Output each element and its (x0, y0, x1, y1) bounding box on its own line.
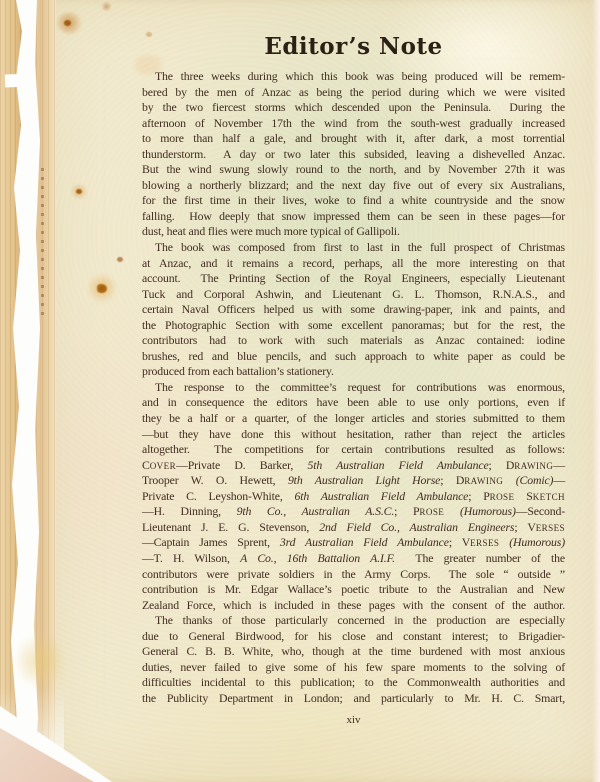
text-run: V (462, 535, 470, 549)
text-line: for the first time in their lives, woke … (142, 193, 565, 209)
text-run: thunderstorm. A day or two later this su… (142, 147, 565, 161)
text-line: to more than half a gale, and brought wi… (142, 131, 565, 147)
text-line: the Photographic Section with some excel… (142, 318, 565, 334)
text-run: (Humorous) (460, 504, 516, 518)
text-line: afternoon of November 17th the wind from… (142, 116, 565, 132)
text-run: altogether. The competitions for certain… (142, 442, 565, 456)
foxing-stain (117, 257, 123, 262)
text-run: —but they have done this without hesitat… (142, 427, 565, 441)
small-caps-run: VERSES (527, 520, 565, 534)
text-run: ERSES (536, 523, 565, 533)
foxing-stain (97, 284, 107, 293)
text-line: contribution is Mr. Edgar Wallace’s poet… (142, 582, 565, 598)
text-line: Lieutenant J. E. G. Stevenson, 2nd Field… (142, 520, 565, 536)
small-caps-run: COVER (142, 458, 176, 472)
text-run: contributors were private soldiers in th… (142, 567, 565, 581)
text-line: Zealand Force, which is included in thes… (142, 598, 565, 614)
text-run: 6th Australian Field Ambulance (295, 489, 469, 503)
text-run: ; (449, 535, 462, 549)
text-line: by the two fiercest storms which descend… (142, 100, 565, 116)
text-run: A Co., 16th Battalion A.I.F. (240, 551, 395, 565)
text-run (503, 473, 515, 487)
text-run: C (142, 458, 150, 472)
text-run: contribution is Mr. Edgar Wallace’s poet… (142, 582, 565, 596)
text-run (444, 504, 460, 518)
text-run: But the wind swung slowly round to the n… (142, 162, 565, 176)
text-line: The book was composed from first to last… (142, 240, 565, 256)
text-line: contributors were private soldiers in th… (142, 567, 565, 583)
foxing-stain (76, 189, 82, 194)
text-run: 5th Australian Field Ambulance (307, 458, 488, 472)
paragraph: The thanks of those particularly concern… (142, 613, 565, 706)
text-run: General C. B. B. White, who, though at t… (142, 644, 565, 658)
text-line: certain Naval Officers helped us with so… (142, 302, 565, 318)
page-number: xiv (142, 714, 565, 726)
text-line: contributors had to work with such mater… (142, 333, 565, 349)
binding-speckles (41, 168, 44, 318)
text-run: difficulties incidental to this publicat… (142, 675, 565, 689)
text-run: —T. H. Wilson, (142, 551, 240, 565)
text-line: and in consequence the editors have been… (142, 395, 565, 411)
scanned-book-page: Editor’s Note The three weeks during whi… (0, 0, 600, 782)
text-line: —but they have done this without hesitat… (142, 427, 565, 443)
text-run: 3rd Australian Field Ambulance (280, 535, 449, 549)
text-line: COVER—Private D. Barker, 5th Australian … (142, 458, 565, 474)
text-run: The thanks of those particularly concern… (155, 613, 565, 627)
text-run: afternoon of November 17th the wind from… (142, 116, 565, 130)
text-line: Private C. Leyshon-White, 6th Australian… (142, 489, 565, 505)
paragraph: The three weeks during which this book w… (142, 69, 565, 240)
text-line: Tuck and Corporal Ashwin, and Lieutenant… (142, 287, 565, 303)
text-run: 9th Co., Australian A.S.C. (237, 504, 395, 518)
small-caps-run: VERSES (462, 535, 500, 549)
text-run: account. The Printing Section of the Roy… (142, 271, 565, 285)
text-line: difficulties incidental to this publicat… (142, 675, 565, 691)
text-run: Trooper W. O. Hewett, (142, 473, 288, 487)
text-run: ; (514, 520, 527, 534)
text-line: altogether. The competitions for certain… (142, 442, 565, 458)
text-run: by the two fiercest storms which descend… (142, 100, 565, 114)
text-run: D (506, 458, 514, 472)
text-run: The greater number of the (395, 551, 565, 565)
text-line: duties, never failed to give some of his… (142, 660, 565, 676)
text-run: and in consequence the editors have been… (142, 395, 565, 409)
text-line: the Publicity Department in London; and … (142, 691, 565, 707)
foxing-stain (16, 630, 64, 692)
foxing-stain (64, 20, 71, 26)
text-run: produced from each battalion’s stationer… (142, 364, 334, 378)
text-run: the Publicity Department in London; and … (142, 691, 565, 705)
text-run: for the first time in their lives, woke … (142, 193, 565, 207)
text-run: Tuck and Corporal Ashwin, and Lieutenant… (142, 287, 565, 301)
text-line: brushes, red and blue pencils, and such … (142, 349, 565, 365)
page-right-edge (592, 0, 600, 782)
text-run: the Photographic Section with some excel… (142, 318, 565, 332)
text-line: account. The Printing Section of the Roy… (142, 271, 565, 287)
text-run: ; (468, 489, 483, 503)
text-line: —T. H. Wilson, A Co., 16th Battalion A.I… (142, 551, 565, 567)
text-run: RAWING (514, 461, 553, 471)
small-caps-run: PROSE SKETCH (483, 489, 565, 503)
text-run: RAWING (464, 476, 503, 486)
text-line: bered by the men of Anzac as being the p… (142, 85, 565, 101)
text-run: ROSE (490, 492, 515, 502)
text-run: ; (394, 504, 413, 518)
text-run: —Second- (516, 504, 565, 518)
text-line: The thanks of those particularly concern… (142, 613, 565, 629)
text-line: falling. How deeply that snow impressed … (142, 209, 565, 225)
text-run: at Anzac, and it remains a record, perha… (142, 256, 565, 270)
foxing-stain (101, 2, 112, 11)
text-run: D (456, 473, 464, 487)
text-run: The three weeks during which this book w… (155, 69, 565, 83)
paragraph: The book was composed from first to last… (142, 240, 565, 380)
text-run: ERSES (470, 538, 499, 548)
text-line: The response to the committee’s request … (142, 380, 565, 396)
binding-notch (5, 74, 32, 88)
small-caps-run: DRAWING (456, 473, 503, 487)
text-line: But the wind swung slowly round to the n… (142, 162, 565, 178)
text-run: to more than half a gale, and brought wi… (142, 131, 565, 145)
text-line: The three weeks during which this book w… (142, 69, 565, 85)
text-line: due to General Birdwood, for his close a… (142, 629, 565, 645)
small-caps-run: DRAWING (506, 458, 553, 472)
text-run: ; (440, 473, 456, 487)
text-run: bered by the men of Anzac as being the p… (142, 85, 565, 99)
page-title: Editor’s Note (142, 34, 565, 60)
text-run (499, 535, 509, 549)
text-run: Private C. Leyshon-White, (142, 489, 295, 503)
text-run: 9th Australian Light Horse (288, 473, 440, 487)
text-run: —H. Dinning, (142, 504, 237, 518)
text-run: (Humorous) (509, 535, 565, 549)
text-run: they be a half or a quarter, of the long… (142, 411, 565, 425)
text-run: V (527, 520, 535, 534)
paragraphs: The three weeks during which this book w… (142, 69, 565, 706)
text-run: (Comic) (516, 473, 554, 487)
text-run: —Captain James Sprent, (142, 535, 280, 549)
text-run: blowing a northerly blizzard; and the ne… (142, 178, 565, 192)
text-run: — (553, 458, 565, 472)
text-run: certain Naval Officers helped us with so… (142, 302, 565, 316)
text-run: — (553, 473, 565, 487)
text-run: due to General Birdwood, for his close a… (142, 629, 565, 643)
text-run: Zealand Force, which is included in thes… (142, 598, 565, 612)
text-run: falling. How deeply that snow impressed … (142, 209, 565, 223)
text-run: dust, heat and flies were much more typi… (142, 224, 400, 238)
text-line: blowing a northerly blizzard; and the ne… (142, 178, 565, 194)
text-block: Editor’s Note The three weeks during whi… (142, 34, 565, 706)
small-caps-run: PROSE (413, 504, 444, 518)
text-line: they be a half or a quarter, of the long… (142, 411, 565, 427)
text-line: thunderstorm. A day or two later this su… (142, 147, 565, 163)
text-line: —Captain James Sprent, 3rd Australian Fi… (142, 535, 565, 551)
text-run: —Private D. Barker, (176, 458, 307, 472)
text-line: Trooper W. O. Hewett, 9th Australian Lig… (142, 473, 565, 489)
text-run: ROSE (419, 507, 444, 517)
text-line: dust, heat and flies were much more typi… (142, 224, 565, 240)
text-run: ; (489, 458, 506, 472)
text-run: brushes, red and blue pencils, and such … (142, 349, 565, 363)
text-run: KETCH (533, 492, 565, 502)
text-run: The response to the committee’s request … (155, 380, 565, 394)
text-run: OVER (150, 461, 176, 471)
text-line: —H. Dinning, 9th Co., Australian A.S.C.;… (142, 504, 565, 520)
text-run: 2nd Field Co., Australian Engineers (319, 520, 514, 534)
text-line: General C. B. B. White, who, though at t… (142, 644, 565, 660)
text-line: produced from each battalion’s stationer… (142, 364, 565, 380)
text-run: The book was composed from first to last… (155, 240, 565, 254)
text-run: Lieutenant J. E. G. Stevenson, (142, 520, 319, 534)
text-run: duties, never failed to give some of his… (142, 660, 565, 674)
text-run: contributors had to work with such mater… (142, 333, 565, 347)
paragraph: The response to the committee’s request … (142, 380, 565, 613)
text-line: at Anzac, and it remains a record, perha… (142, 256, 565, 272)
